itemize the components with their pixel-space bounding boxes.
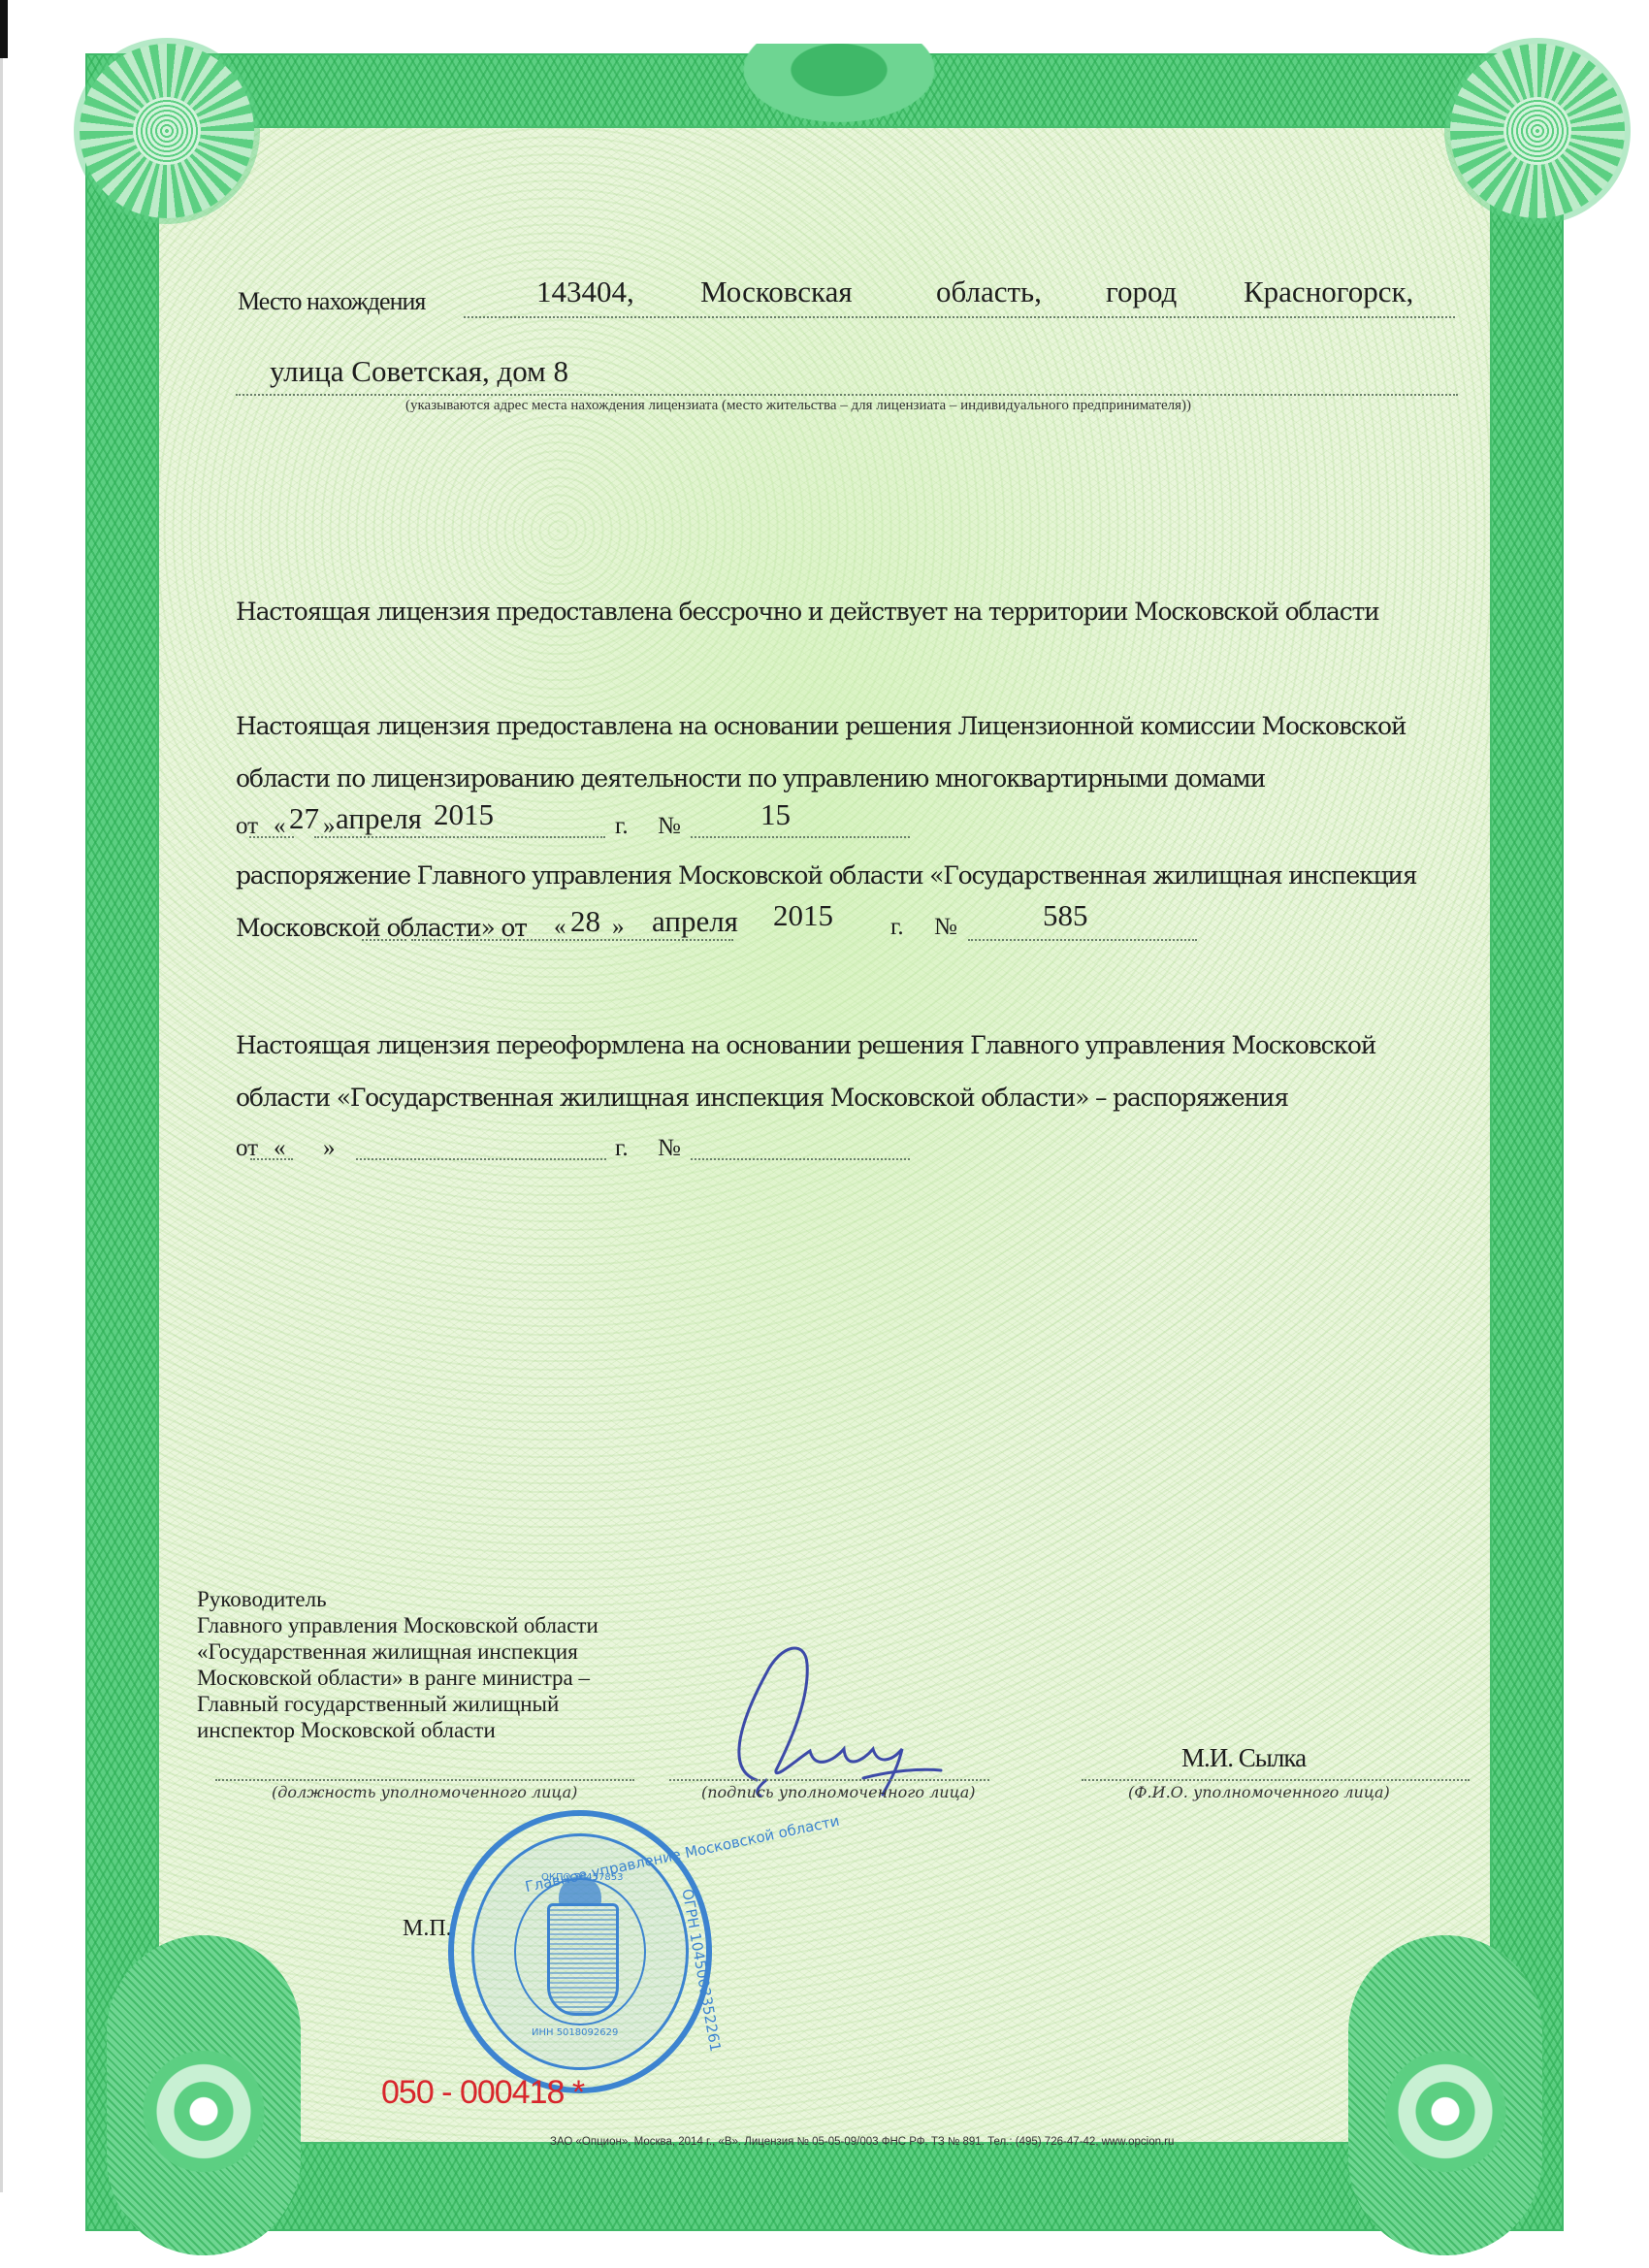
reissue-year-suffix: г. bbox=[615, 1135, 629, 1162]
position-line: Главного управления Московской области bbox=[197, 1613, 598, 1638]
order-month: апреля bbox=[652, 904, 738, 939]
document-field bbox=[157, 126, 1492, 2144]
rosette-bottom-left-icon bbox=[107, 1935, 301, 2255]
position-line: инспектор Московской области bbox=[197, 1718, 496, 1743]
basis-number-sign: № bbox=[658, 813, 681, 840]
reissue-number-sign: № bbox=[658, 1135, 681, 1162]
rosette-top-right-icon bbox=[1450, 44, 1625, 218]
location-line-2 bbox=[236, 394, 1458, 396]
reissue-month-line bbox=[356, 1158, 606, 1160]
reissue-line-1: Настоящая лицензия переоформлена на осно… bbox=[236, 1031, 1375, 1059]
signature-caption: (подпись уполномоченного лица) bbox=[701, 1783, 976, 1801]
printer-imprint: ЗАО «Опцион», Москва, 2014 г., «В». Лице… bbox=[550, 2136, 1174, 2148]
order-day: 28 bbox=[570, 904, 600, 939]
signature-icon bbox=[718, 1635, 970, 1799]
signature-line bbox=[669, 1779, 989, 1781]
reissue-line-2: области «Государственная жилищная инспек… bbox=[236, 1084, 1288, 1112]
reissue-day-line bbox=[250, 1158, 293, 1160]
basis-year-suffix: г. bbox=[615, 813, 629, 840]
location-oblast: область, bbox=[936, 275, 1042, 309]
position-line: Московской области» в ранге министра – bbox=[197, 1666, 590, 1691]
location-label: Место нахождения bbox=[238, 287, 425, 316]
rosette-top-left-icon bbox=[80, 44, 254, 218]
official-stamp: Главное управление Московской области ОГ… bbox=[448, 1810, 712, 2093]
order-day-line bbox=[362, 939, 406, 941]
top-ornament-icon bbox=[727, 44, 951, 131]
stamp-okpo: ОКПО 70457853 bbox=[541, 1872, 623, 1883]
rosette-bottom-right-icon bbox=[1348, 1935, 1542, 2255]
basis-line-2: области по лицензированию деятельности п… bbox=[236, 764, 1265, 793]
order-month-line bbox=[411, 939, 733, 941]
basis-line-1: Настоящая лицензия предоставлена на осно… bbox=[236, 712, 1406, 740]
name-line bbox=[1082, 1779, 1470, 1781]
basis-month-line bbox=[314, 836, 605, 838]
scan-edge bbox=[0, 0, 8, 58]
order-quote-open: « bbox=[554, 914, 566, 941]
order-number-sign: № bbox=[934, 914, 957, 941]
location-region: Московская bbox=[700, 275, 853, 309]
order-line-1: распоряжение Главного управления Московс… bbox=[236, 861, 1416, 890]
order-line-2-prefix: Московской области» от bbox=[236, 914, 527, 942]
serial-number: 050 - 000418 * bbox=[381, 2074, 584, 2112]
position-caption: (должность уполномоченного лица) bbox=[272, 1783, 577, 1801]
basis-month: апреля bbox=[336, 801, 422, 836]
location-street: улица Советская, дом 8 bbox=[270, 354, 568, 389]
location-line-1 bbox=[464, 316, 1455, 318]
position-line: «Государственная жилищная инспекция bbox=[197, 1639, 578, 1665]
basis-day: 27 bbox=[289, 801, 319, 836]
order-number-line bbox=[968, 939, 1197, 941]
reissue-quote-close: » bbox=[323, 1135, 336, 1162]
basis-year: 2015 bbox=[434, 797, 494, 832]
order-quote-close: » bbox=[612, 914, 625, 941]
basis-number: 15 bbox=[760, 797, 791, 832]
signatory-name: М.И. Сылка bbox=[1181, 1743, 1306, 1773]
order-number: 585 bbox=[1043, 898, 1088, 933]
position-line: Главный государственный жилищный bbox=[197, 1692, 559, 1717]
seal-label: М.П. bbox=[403, 1916, 452, 1942]
order-year: 2015 bbox=[773, 898, 833, 933]
basis-day-line bbox=[249, 836, 294, 838]
basis-number-line bbox=[691, 836, 910, 838]
location-city: Красногорск, bbox=[1244, 275, 1413, 309]
scan-edge-shadow bbox=[0, 58, 3, 2192]
location-city-word: город bbox=[1106, 275, 1177, 309]
location-postcode: 143404, bbox=[536, 275, 634, 309]
order-year-suffix: г. bbox=[890, 914, 904, 941]
stamp-inn: ИНН 5018092629 bbox=[532, 2027, 618, 2038]
location-caption: (указываются адрес места нахождения лице… bbox=[405, 398, 1191, 414]
position-line-rule bbox=[215, 1779, 634, 1781]
name-caption: (Ф.И.О. уполномоченного лица) bbox=[1128, 1783, 1390, 1801]
coat-of-arms-icon bbox=[547, 1903, 619, 2016]
validity-text: Настоящая лицензия предоставлена бессроч… bbox=[236, 598, 1379, 626]
reissue-number-line bbox=[691, 1158, 910, 1160]
position-line: Руководитель bbox=[197, 1587, 327, 1612]
